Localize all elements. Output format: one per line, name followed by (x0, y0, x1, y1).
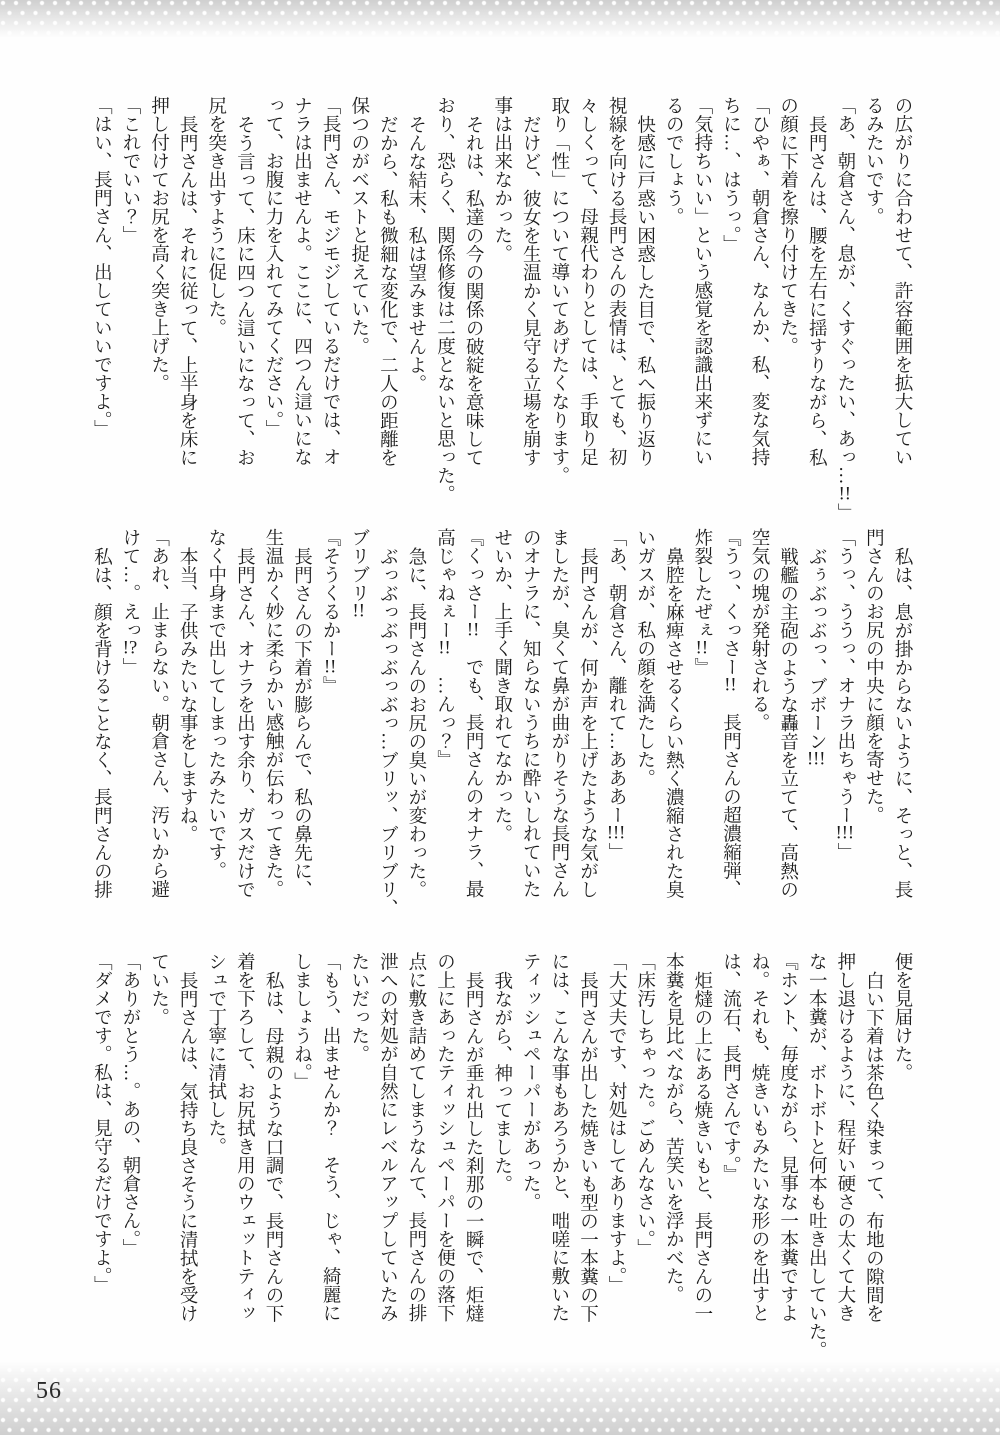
text-column: のオナラに、知らないうちに酔いしれていた (516, 528, 545, 933)
text-band-2: 私は、息が掛からないように、そっと、長門さんのお尻の中央に顔を寄せた。「うっ、う… (83, 528, 916, 933)
text-column: 視線を向ける長門さんの表情は、とても、初 (601, 96, 630, 501)
text-column: 長門さん、オナラを出す余り、ガスだけで (230, 528, 259, 933)
text-column: 『そうくるかー!!』 (316, 528, 345, 933)
text-column: るのでしょう。 (659, 96, 688, 501)
text-band-1: の広がりに合わせて、許容範囲を拡大しているみたいです。「あ、朝倉さん、息が、くす… (83, 96, 916, 501)
text-column: 泄への対処が自然にレベルアップしていたみ (373, 952, 402, 1357)
text-column: 押し退けるように、程好い硬さの太くて大き (830, 952, 859, 1357)
text-column: 点に敷き詰めてしまうなんて、長門さんの排 (401, 952, 430, 1357)
text-column: 急に、長門さんのお尻の臭いが変わった。 (401, 528, 430, 933)
text-column: たいだった。 (344, 952, 373, 1357)
text-column: ナラは出ませんよ。ここに、四つん這いにな (287, 96, 316, 501)
text-column: 炬燵の上にある焼きいもと、長門さんの一 (687, 952, 716, 1357)
text-column: そう言って、床に四つん這いになって、お (230, 96, 259, 501)
text-column: ぶぅぶっぶっ、ブボーン!!! (802, 528, 831, 933)
text-column: 『くっさー!! でも、長門さんのオナラ、最 (459, 528, 488, 933)
text-column: シュで丁寧に清拭した。 (201, 952, 230, 1357)
text-column: 長門さんが出した焼きいも型の一本糞の下 (573, 952, 602, 1357)
text-column: 「うっ、ううっ、オナラ出ちゃうー!!!」 (830, 528, 859, 933)
emphasis-marks: !! (835, 485, 855, 504)
text-column: だけど、彼女を生温かく見守る立場を崩す (516, 96, 545, 501)
text-column: ていた。 (144, 952, 173, 1357)
text-column: 「もう、出ませんか？ そう、じゃ、綺麗に (316, 952, 345, 1357)
text-column: 「床汚しちゃった。ごめんなさい。」 (630, 952, 659, 1357)
text-column: 「ありがとう…。あの、朝倉さん。」 (115, 952, 144, 1357)
text-column: 『ホント、毎度ながら、見事な一本糞ですよ (773, 952, 802, 1357)
text-column: 空気の塊が発射される。 (744, 528, 773, 933)
text-column: ね。それも、焼きいもみたいな形のを出すと (744, 952, 773, 1357)
text-column: 『うっ、くっさー!! 長門さんの超濃縮弾、 (716, 528, 745, 933)
text-column: の上にあったティッシュペーパーを便の落下 (430, 952, 459, 1357)
emphasis-marks: !!! (835, 824, 855, 843)
text-column: 「ひやぁ、朝倉さん、なんか、私、変な気持 (744, 96, 773, 501)
text-column: 着を下ろして、お尻拭き用のウェットティッ (230, 952, 259, 1357)
text-column: 尻を突き出すように促した。 (201, 96, 230, 501)
text-column: だから、私も微細な変化で、二人の距離を (373, 96, 402, 501)
text-column: 白い下着は茶色く染まって、布地の隙間を (859, 952, 888, 1357)
text-column: 長門さんは、それに従って、上半身を床に (173, 96, 202, 501)
text-band-3: 便を見届けた。白い下着は茶色く染まって、布地の隙間を押し退けるように、程好い硬さ… (83, 952, 916, 1357)
text-column: って、お腹に力を入れてみてください。」 (258, 96, 287, 501)
emphasis-marks: !? (120, 639, 140, 658)
text-column: 本当、子供みたいな事をしますね。 (173, 528, 202, 933)
emphasis-marks: !! (349, 602, 369, 621)
text-column: 「大丈夫です、対処はしてありますよ。」 (601, 952, 630, 1357)
text-column: 「あ、朝倉さん、離れて…あああー!!!」 (601, 528, 630, 933)
text-column: 生温かく妙に柔らかい感触が伝わってきた。 (258, 528, 287, 933)
emphasis-marks: !! (720, 676, 740, 695)
text-column: 「あ、朝倉さん、息が、くすぐったい、あっ…!!」 (830, 96, 859, 501)
text-column: 長門さんは、気持ち良さそうに清拭を受け (173, 952, 202, 1357)
text-column: 便を見届けた。 (887, 952, 916, 1357)
text-column: ブリブリ!! (344, 528, 373, 933)
text-column: けて…。えっ!?」 (115, 528, 144, 933)
text-column: せいか、上手く聞き取れてなかった。 (487, 528, 516, 933)
text-column: 「これでいい？」 (115, 96, 144, 501)
text-column: の顔に下着を擦り付けてきた。 (773, 96, 802, 501)
polkadot-border-bottom (0, 1357, 1000, 1435)
scanned-page: の広がりに合わせて、許容範囲を拡大しているみたいです。「あ、朝倉さん、息が、くす… (0, 0, 1000, 1435)
polkadot-border-top (0, 0, 1000, 40)
text-column: 鼻腔を麻痺させるくらい熱く濃縮された臭 (659, 528, 688, 933)
text-column: には、こんな事もあろうかと、咄嗟に敷いた (544, 952, 573, 1357)
text-column: いガスが、私の顔を満たした。 (630, 528, 659, 933)
text-column: 「長門さん、モジモジしているだけでは、オ (316, 96, 345, 501)
text-column: ちに…、はうっ。」 (716, 96, 745, 501)
text-column: 門さんのお尻の中央に顔を寄せた。 (859, 528, 888, 933)
text-column: 事は出来なかった。 (487, 96, 516, 501)
text-column: 「ダメです。私は、見守るだけですよ。」 (87, 952, 116, 1357)
text-column: の広がりに合わせて、許容範囲を拡大してい (887, 96, 916, 501)
text-column: な一本糞が、ボトボトと何本も吐き出していた。 (802, 952, 831, 1357)
text-column: 我ながら、神ってました。 (487, 952, 516, 1357)
text-column: 私は、息が掛からないように、そっと、長 (887, 528, 916, 933)
text-column: そんな結末、私は望みませんよ。 (401, 96, 430, 501)
text-column: 「あれ、止まらない。朝倉さん、汚いから避 (144, 528, 173, 933)
emphasis-marks: !!! (806, 750, 826, 769)
text-column: 押し付けてお尻を高く突き上げた。 (144, 96, 173, 501)
text-column: 戦艦の主砲のような轟音を立てて、高熱の (773, 528, 802, 933)
text-column: 長門さんは、腰を左右に揺すりながら、私 (802, 96, 831, 501)
text-column: は、流石、長門さんです。』 (716, 952, 745, 1357)
text-column: 長門さんが、何か声を上げたような気がし (573, 528, 602, 933)
text-column: 快感に戸惑い困惑した目で、私へ振り返り (630, 96, 659, 501)
emphasis-marks: !! (692, 639, 712, 658)
text-column: 炸裂したぜぇ!!』 (687, 528, 716, 933)
text-column: るみたいです。 (859, 96, 888, 501)
text-column: 取り「性」について導いてあげたくなります。 (544, 96, 573, 501)
text-column: 長門さんの下着が膨らんで、私の鼻先に、 (287, 528, 316, 933)
emphasis-marks: !! (463, 621, 483, 640)
text-column: それは、私達の今の関係の破綻を意味して (459, 96, 488, 501)
text-column: ティッシュペーパーがあった。 (516, 952, 545, 1357)
text-column: 々しくって、母親代わりとしては、手取り足 (573, 96, 602, 501)
text-column: 長門さんが垂れ出した刹那の一瞬で、炬燵 (459, 952, 488, 1357)
text-column: ましたが、臭くて鼻が曲がりそうな長門さん (544, 528, 573, 933)
emphasis-marks: !!! (606, 824, 626, 843)
emphasis-marks: !! (320, 658, 340, 677)
text-column: 私は、母親のような口調で、長門さんの下 (258, 952, 287, 1357)
text-column: 保つのがベストと捉えていた。 (344, 96, 373, 501)
page-number: 56 (36, 1378, 62, 1405)
text-column: なく中身まで出してしまったみたいです。 (201, 528, 230, 933)
text-column: おり、恐らく、関係修復は二度とないと思った。 (430, 96, 459, 501)
text-column: 私は、顔を背けることなく、長門さんの排 (87, 528, 116, 933)
text-column: 本糞を見比べながら、苦笑いを浮かべた。 (659, 952, 688, 1357)
emphasis-marks: !! (435, 639, 455, 658)
text-column: 高じゃねぇー!! …んっ？』 (430, 528, 459, 933)
text-column: ぶっぶっぶっぶっぶっ…ブリッ、ブリブリ、 (373, 528, 402, 933)
text-column: 「気持ちいい」という感覚を認識出来ずにい (687, 96, 716, 501)
text-column: しましょうね。」 (287, 952, 316, 1357)
text-column: 「はい、長門さん、出していいですよ。」 (87, 96, 116, 501)
